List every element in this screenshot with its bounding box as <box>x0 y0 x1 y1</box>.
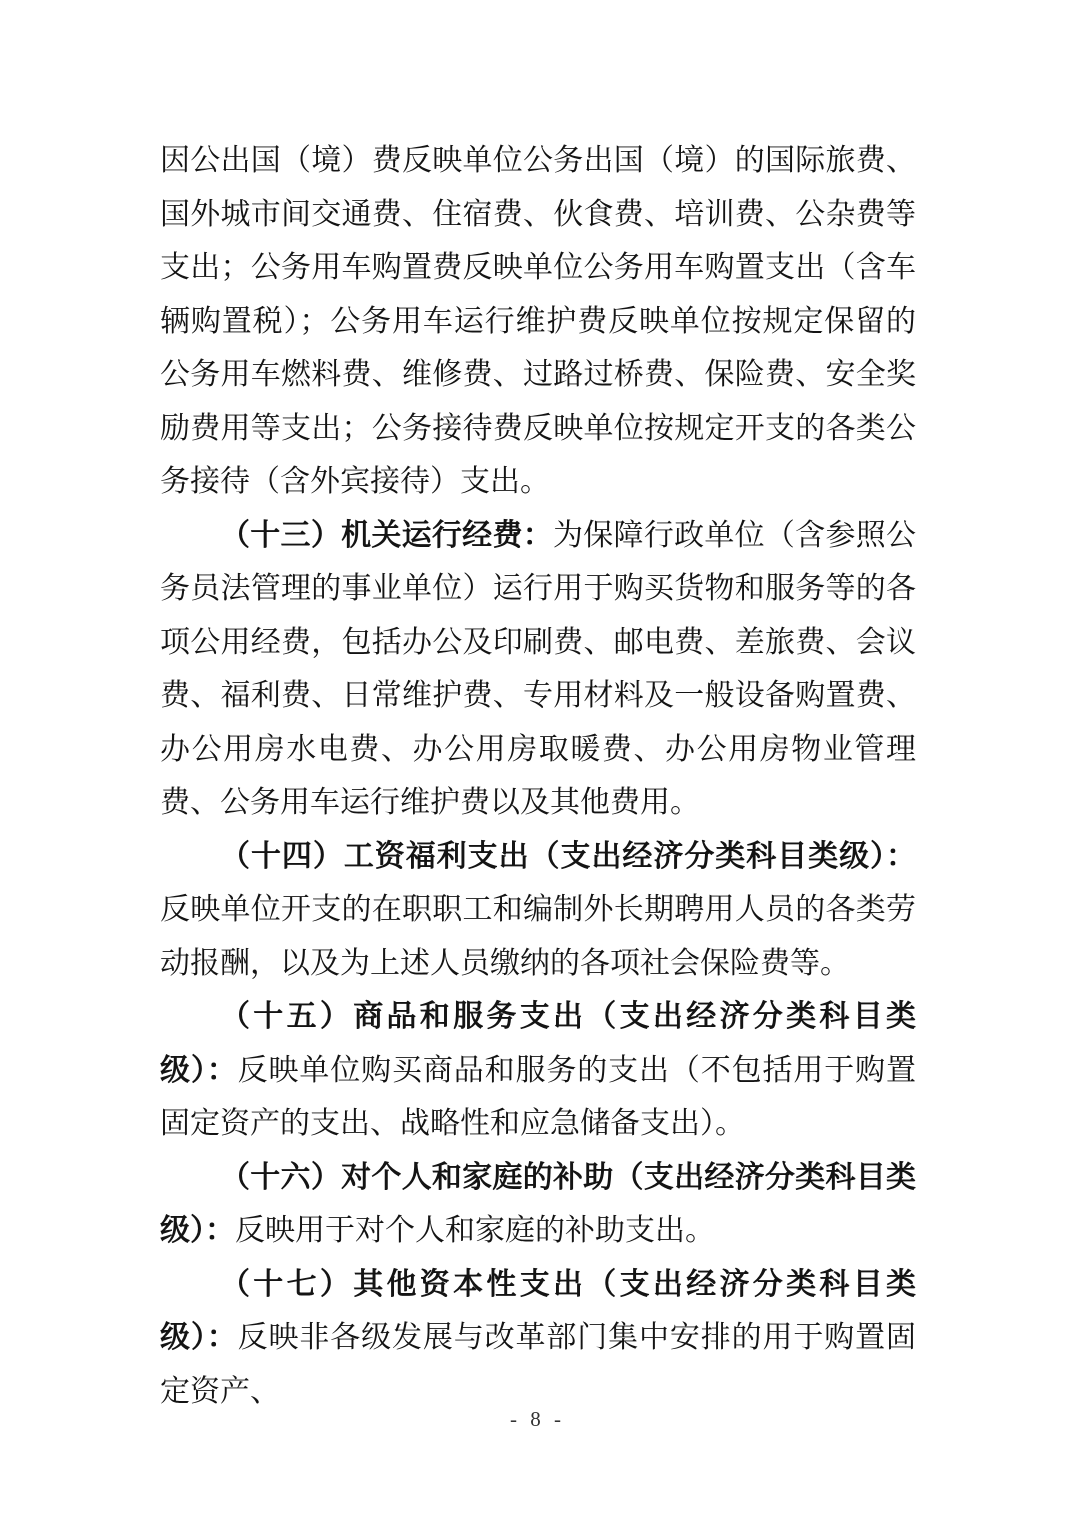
paragraph: 因公出国（境）费反映单位公务出国（境）的国际旅费、国外城市间交通费、住宿费、伙食… <box>160 134 916 509</box>
paragraph: （十三）机关运行经费：为保障行政单位（含参照公务员法管理的事业单位）运行用于购买… <box>160 509 916 830</box>
page-number: - 8 - <box>0 1404 1075 1434</box>
paragraph-text: 为保障行政单位（含参照公务员法管理的事业单位）运行用于购买货物和服务等的各项公用… <box>160 519 916 820</box>
paragraph-text: 反映单位购买商品和服务的支出（不包括用于购置固定资产的支出、战略性和应急储备支出… <box>160 1054 916 1141</box>
paragraph-text: 反映用于对个人和家庭的补助支出。 <box>235 1214 715 1247</box>
paragraph-text: 反映单位开支的在职职工和编制外长期聘用人员的各类劳动报酬，以及为上述人员缴纳的各… <box>160 893 916 980</box>
paragraph-text: 反映非各级发展与改革部门集中安排的用于购置固定资产、 <box>160 1321 916 1408</box>
document-body: 因公出国（境）费反映单位公务出国（境）的国际旅费、国外城市间交通费、住宿费、伙食… <box>160 134 916 1418</box>
paragraph: （十五）商品和服务支出（支出经济分类科目类级）：反映单位购买商品和服务的支出（不… <box>160 990 916 1151</box>
paragraph-text: 因公出国（境）费反映单位公务出国（境）的国际旅费、国外城市间交通费、住宿费、伙食… <box>160 144 916 498</box>
paragraph-lead: （十三）机关运行经费： <box>220 519 553 552</box>
paragraph: （十六）对个人和家庭的补助（支出经济分类科目类级）：反映用于对个人和家庭的补助支… <box>160 1151 916 1258</box>
paragraph: （十四）工资福利支出（支出经济分类科目类级）：反映单位开支的在职职工和编制外长期… <box>160 830 916 991</box>
document-page: 因公出国（境）费反映单位公务出国（境）的国际旅费、国外城市间交通费、住宿费、伙食… <box>0 0 1075 1520</box>
paragraph: （十七）其他资本性支出（支出经济分类科目类级）：反映非各级发展与改革部门集中安排… <box>160 1258 916 1419</box>
paragraph-lead: （十四）工资福利支出（支出经济分类科目类级）： <box>220 840 916 873</box>
